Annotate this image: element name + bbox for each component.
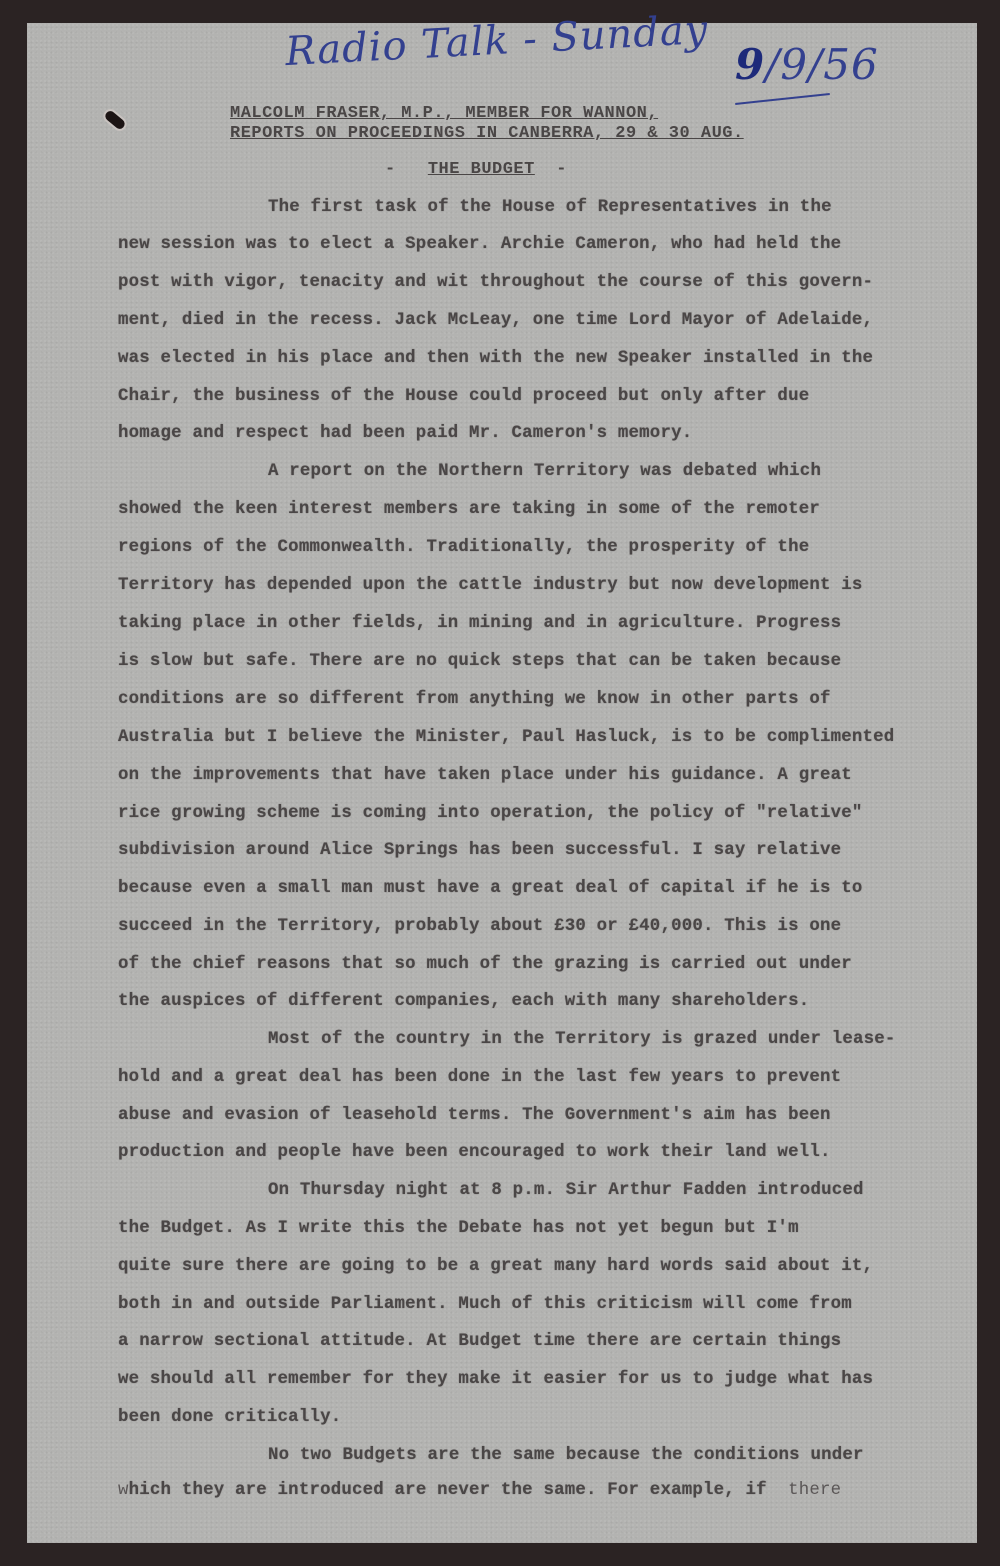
body-line: No two Budgets are the same because the …	[268, 1446, 864, 1465]
body-line: rice growing scheme is coming into opera…	[118, 804, 863, 823]
dash-left: -	[385, 160, 396, 179]
body-line: hold and a great deal has been done in t…	[118, 1068, 841, 1087]
body-line: the auspices of different companies, eac…	[118, 992, 809, 1011]
body-line: succeed in the Territory, probably about…	[118, 917, 841, 936]
body-line: Chair, the business of the House could p…	[118, 387, 809, 406]
header-line-2: REPORTS ON PROCEEDINGS IN CANBERRA, 29 &…	[230, 124, 744, 143]
section-title: - THE BUDGET -	[385, 160, 567, 179]
body-line: is slow but safe. There are no quick ste…	[118, 652, 841, 671]
body-line-last: which they are introduced are never the …	[118, 1481, 841, 1500]
body-line: we should all remember for they make it …	[118, 1370, 873, 1389]
date-day: 9	[735, 40, 765, 89]
body-line: because even a small man must have a gre…	[118, 879, 863, 898]
body-line: quite sure there are going to be a great…	[118, 1257, 873, 1276]
body-line: a narrow sectional attitude. At Budget t…	[118, 1332, 841, 1351]
dash-right: -	[556, 160, 567, 179]
handwritten-annotation-date: 9/9/56	[735, 40, 879, 89]
body-line: production and people have been encourag…	[118, 1143, 831, 1162]
last-line-text: hich they are introduced are never the s…	[129, 1481, 767, 1500]
body-line: taking place in other fields, in mining …	[118, 614, 841, 633]
body-line: conditions are so different from anythin…	[118, 690, 831, 709]
body-line: On Thursday night at 8 p.m. Sir Arthur F…	[268, 1181, 864, 1200]
body-line: showed the keen interest members are tak…	[118, 500, 820, 519]
body-line: ment, died in the recess. Jack McLeay, o…	[118, 311, 873, 330]
body-line: A report on the Northern Territory was d…	[268, 462, 821, 481]
body-line: was elected in his place and then with t…	[118, 349, 873, 368]
body-line: post with vigor, tenacity and wit throug…	[118, 273, 873, 292]
body-line: new session was to elect a Speaker. Arch…	[118, 235, 841, 254]
body-line: regions of the Commonwealth. Traditional…	[118, 538, 809, 557]
section-title-text: THE BUDGET	[428, 160, 535, 179]
body-line: abuse and evasion of leasehold terms. Th…	[118, 1106, 831, 1125]
body-line: been done critically.	[118, 1408, 341, 1427]
body-line: The first task of the House of Represent…	[268, 198, 832, 217]
last-line-trail: there	[788, 1481, 841, 1500]
body-line: on the improvements that have taken plac…	[118, 766, 852, 785]
body-line: Australia but I believe the Minister, Pa…	[118, 728, 894, 747]
last-line-lead: w	[118, 1481, 129, 1500]
body-line: homage and respect had been paid Mr. Cam…	[118, 424, 692, 443]
body-line: both in and outside Parliament. Much of …	[118, 1295, 852, 1314]
body-line: subdivision around Alice Springs has bee…	[118, 841, 841, 860]
body-line: of the chief reasons that so much of the…	[118, 955, 852, 974]
body-line: Most of the country in the Territory is …	[268, 1030, 896, 1049]
body-line: the Budget. As I write this the Debate h…	[118, 1219, 799, 1238]
body-line: Territory has depended upon the cattle i…	[118, 576, 863, 595]
header-line-1: MALCOLM FRASER, M.P., MEMBER FOR WANNON,	[230, 104, 658, 123]
date-rest: /9/56	[765, 40, 878, 89]
